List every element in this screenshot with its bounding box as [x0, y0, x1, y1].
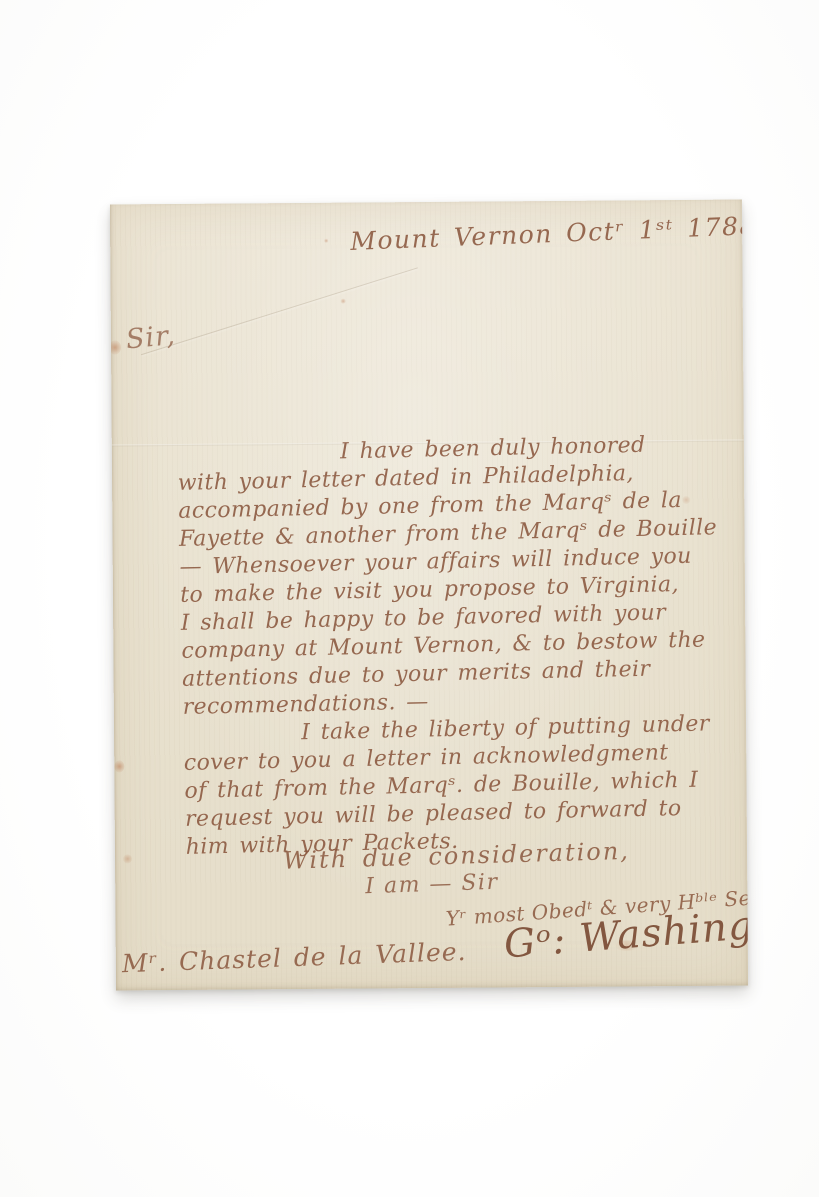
letter-body: I have been duly honored with your lette…	[177, 430, 748, 862]
recipient-address: Mʳ. Chastel de la Vallee.	[121, 937, 467, 978]
foxing-spot	[110, 340, 121, 354]
manuscript-paper: Mount Vernon Octʳ 1ˢᵗ 1788 Sir, I have b…	[110, 200, 748, 991]
letter-photograph: Mount Vernon Octʳ 1ˢᵗ 1788 Sir, I have b…	[0, 0, 819, 1197]
foxing-spot	[114, 760, 124, 772]
closing-i-am-sir: I am — Sir	[365, 870, 499, 900]
diagonal-crease	[141, 267, 418, 355]
foxing-spot	[324, 239, 328, 243]
foxing-spot	[341, 299, 346, 304]
dateline: Mount Vernon Octʳ 1ˢᵗ 1788	[350, 211, 748, 256]
salutation: Sir,	[125, 320, 177, 356]
foxing-spot	[123, 854, 132, 863]
